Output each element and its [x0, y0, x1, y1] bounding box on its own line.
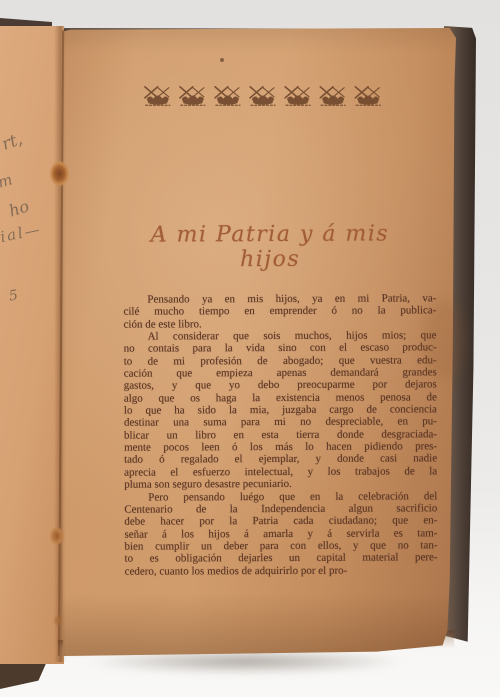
text-line: señar á los hijos á amarla y á servirla … — [124, 527, 437, 541]
text-line: aprecia el esfuerzo intelectual, y los t… — [124, 465, 437, 479]
text-line: to es obligación dejarles un capital mat… — [125, 552, 438, 566]
rust-stain — [47, 523, 67, 549]
age-blotch — [422, 300, 466, 380]
book-photo-scene: rt, m ho ial— 5 A mi Patria y á mis hijo… — [0, 0, 500, 697]
text-line: no contais para la vida sino con el esca… — [124, 342, 437, 356]
text-line: tado ó regalado el ejemplar, y donde cas… — [124, 453, 437, 467]
fleuron-ornament-band — [128, 84, 398, 108]
ink-speck — [220, 58, 224, 62]
text-line: Pero pensando luégo que en la celebració… — [124, 490, 437, 504]
text-line: gastos, y que yo debo preocuparme por de… — [124, 379, 437, 393]
rust-stain — [46, 158, 72, 192]
paragraph: Pero pensando luégo que en la celebració… — [124, 490, 437, 578]
text-line: cilé mucho tiempo en emprender ó no la p… — [123, 305, 436, 319]
text-line: debe hacer por la Patria cada ciudadano;… — [124, 515, 437, 529]
book-page: A mi Patria y á mis hijos Pensando ya en… — [62, 28, 456, 656]
page-title: A mi Patria y á mis hijos — [130, 221, 410, 272]
text-line: destinar una suma para mi no despreciabl… — [124, 416, 437, 430]
paragraph: Al considerar que sois muchos, hijos mio… — [124, 329, 438, 491]
rust-stain — [51, 612, 65, 629]
text-line: cedero, cuanto los medios de adquirirlo … — [125, 564, 438, 578]
body-text: Pensando ya en mis hijos, ya en mi Patri… — [123, 292, 437, 577]
paragraph: Pensando ya en mis hijos, ya en mi Patri… — [123, 292, 436, 330]
